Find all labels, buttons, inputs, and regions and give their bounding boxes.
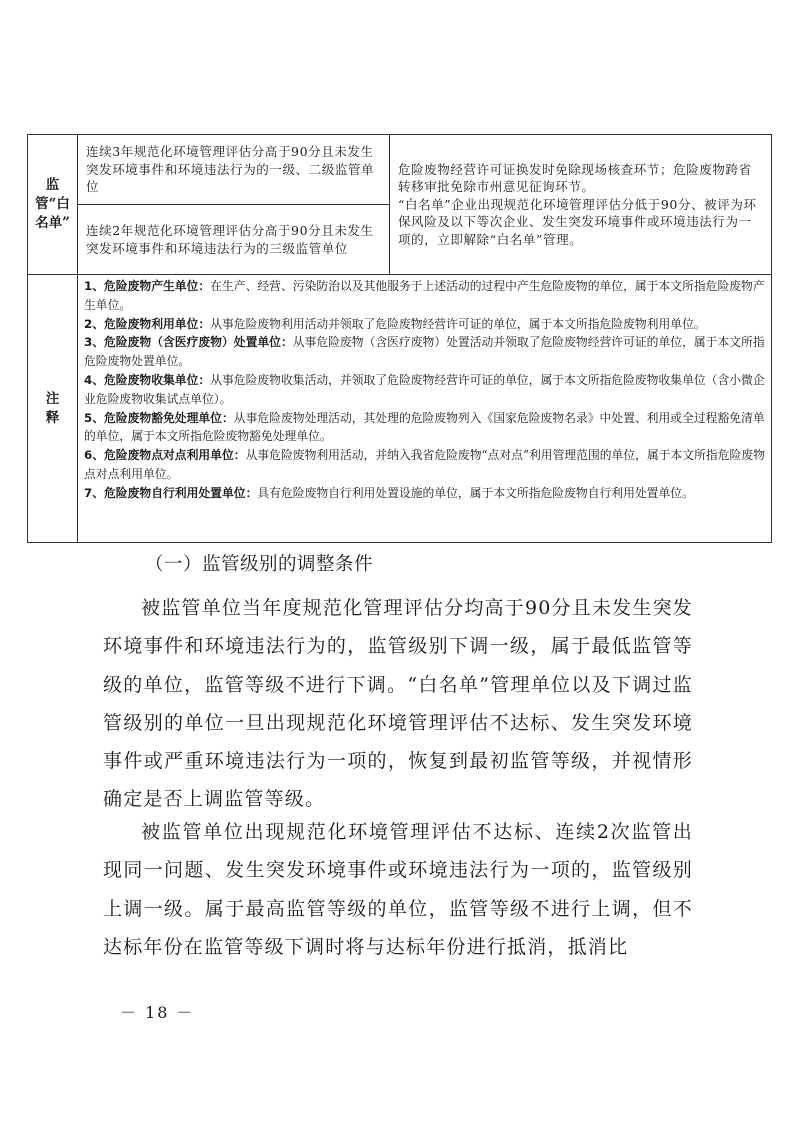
section-heading: （一）监管级别的调整条件 (145, 552, 373, 578)
note-item: 2、危险废物利用单位：从事危险废物利用活动并领取了危险废物经营许可证的单位，属于… (84, 315, 765, 334)
note-item: 4、危险废物收集单位：从事危险废物收集活动，并领取了危险废物经营许可证的单位，属… (84, 371, 765, 409)
body-paragraph-1: 被监管单位当年度规范化管理评估分均高于90分且未发生突发环境事件和环境违法行为的… (103, 589, 693, 819)
note-item: 1、危险废物产生单位：在生产、经营、污染防治以及其他服务于上述活动的过程中产生危… (84, 277, 765, 315)
note-desc: 具有危险废物自行利用处置设施的单位，属于本文所指危险废物自行利用处置单位。 (257, 486, 694, 500)
note-term: 1、危险废物产生单位： (84, 279, 210, 293)
note-term: 3、危险废物（含医疗废物）处置单位： (84, 335, 293, 349)
notes-label-cell: 注释 (28, 275, 78, 543)
note-item: 7、危险废物自行利用处置单位：具有危险废物自行利用处置设施的单位，属于本文所指危… (84, 484, 765, 503)
whitelist-measure-1: 危险废物经营许可证换发时免除现场核查环节；危险废物跨省转移审批免除市州意见征询环… (398, 161, 763, 196)
whitelist-condition-2: 连续2年规范化环境管理评估分高于90分且未发生突发环境事件和环境违法行为的三级监… (78, 205, 390, 275)
supervision-table: 监管“白名单” 连续3年规范化环境管理评估分高于90分且未发生突发环境事件和环境… (27, 134, 772, 543)
whitelist-measures-cell: 危险废物经营许可证换发时免除现场核查环节；危险废物跨省转移审批免除市州意见征询环… (390, 135, 772, 275)
page-number: － 18 － (120, 1000, 195, 1023)
note-item: 5、危险废物豁免处理单位：从事危险废物处理活动，其处理的危险废物列入《国家危险废… (84, 409, 765, 447)
whitelist-label: 监管“白名单” (33, 176, 73, 233)
notes-cell: 1、危险废物产生单位：在生产、经营、污染防治以及其他服务于上述活动的过程中产生危… (78, 275, 772, 543)
note-item: 3、危险废物（含医疗废物）处置单位：从事危险废物（含医疗废物）处置活动并领取了危… (84, 333, 765, 371)
note-desc: 从事危险废物利用活动并领取了危险废物经营许可证的单位，属于本文所指危险废物利用单… (210, 317, 705, 331)
note-term: 5、危险废物豁免处理单位： (84, 411, 234, 425)
note-term: 4、危险废物收集单位： (84, 373, 210, 387)
whitelist-measure-2: “白名单”企业出现规范化环境管理评估分低于90分、被评为环保风险及以下等次企业、… (398, 196, 763, 249)
whitelist-condition-1: 连续3年规范化环境管理评估分高于90分且未发生突发环境事件和环境违法行为的一级、… (78, 135, 390, 205)
note-term: 2、危险废物利用单位： (84, 317, 210, 331)
whitelist-label-cell: 监管“白名单” (28, 135, 78, 275)
note-item: 6、危险废物点对点利用单位：从事危险废物利用活动，并纳入我省危险废物“点对点”利… (84, 446, 765, 484)
notes-label: 注释 (45, 390, 61, 428)
note-term: 6、危险废物点对点利用单位： (84, 448, 246, 462)
body-paragraph-2: 被监管单位出现规范化环境管理评估不达标、连续2次监管出现同一问题、发生突发环境事… (103, 813, 693, 966)
note-term: 7、危险废物自行利用处置单位： (84, 486, 257, 500)
